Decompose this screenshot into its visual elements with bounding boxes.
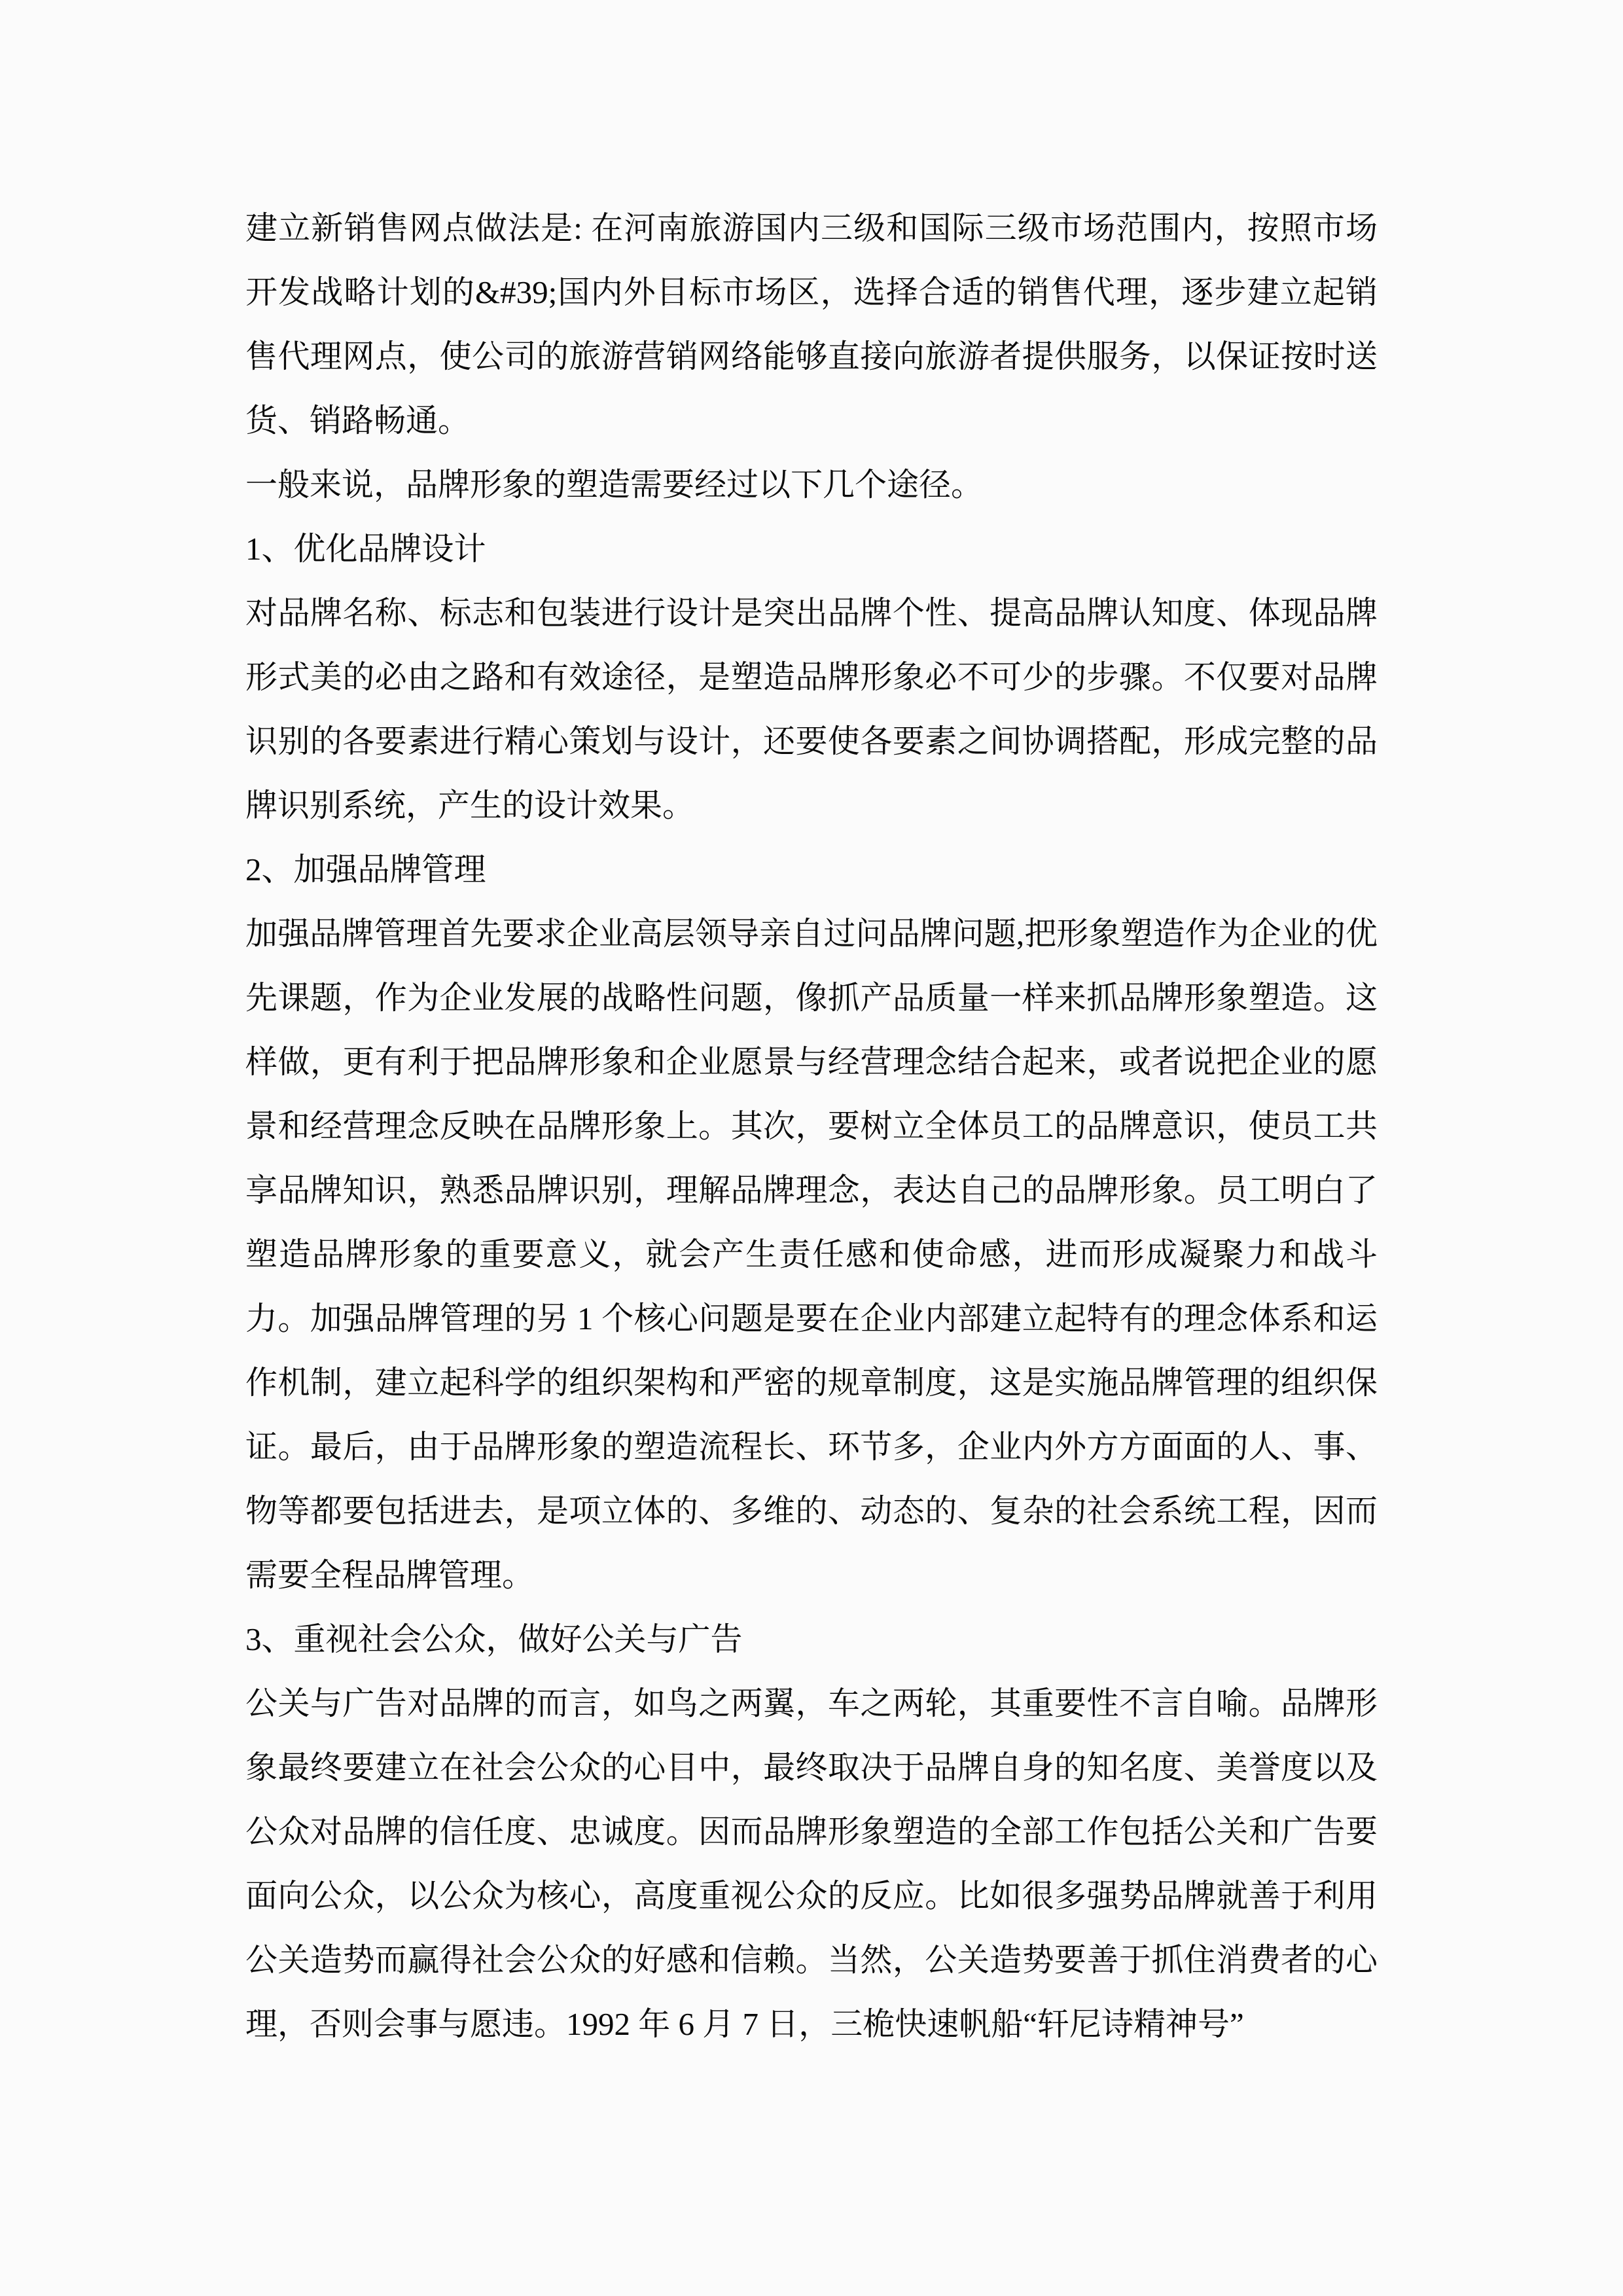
paragraph: 建立新销售网点做法是: 在河南旅游国内三级和国际三级市场范围内，按照市场开发战略… bbox=[245, 196, 1378, 453]
paragraph: 3、重视社会公众，做好公关与广告 bbox=[245, 1607, 1378, 1672]
paragraph: 2、加强品牌管理 bbox=[245, 838, 1378, 902]
paragraph: 加强品牌管理首先要求企业高层领导亲自过问品牌问题,把形象塑造作为企业的优先课题，… bbox=[245, 902, 1378, 1607]
paragraph: 1、优化品牌设计 bbox=[245, 517, 1378, 581]
document-page: 建立新销售网点做法是: 在河南旅游国内三级和国际三级市场范围内，按照市场开发战略… bbox=[0, 0, 1623, 2296]
paragraph: 公关与广告对品牌的而言，如鸟之两翼，车之两轮，其重要性不言自喻。品牌形象最终要建… bbox=[245, 1672, 1378, 2056]
document-body: 建立新销售网点做法是: 在河南旅游国内三级和国际三级市场范围内，按照市场开发战略… bbox=[245, 196, 1378, 2056]
paragraph: 一般来说，品牌形象的塑造需要经过以下几个途径。 bbox=[245, 453, 1378, 517]
paragraph: 对品牌名称、标志和包装进行设计是突出品牌个性、提高品牌认知度、体现品牌形式美的必… bbox=[245, 581, 1378, 838]
